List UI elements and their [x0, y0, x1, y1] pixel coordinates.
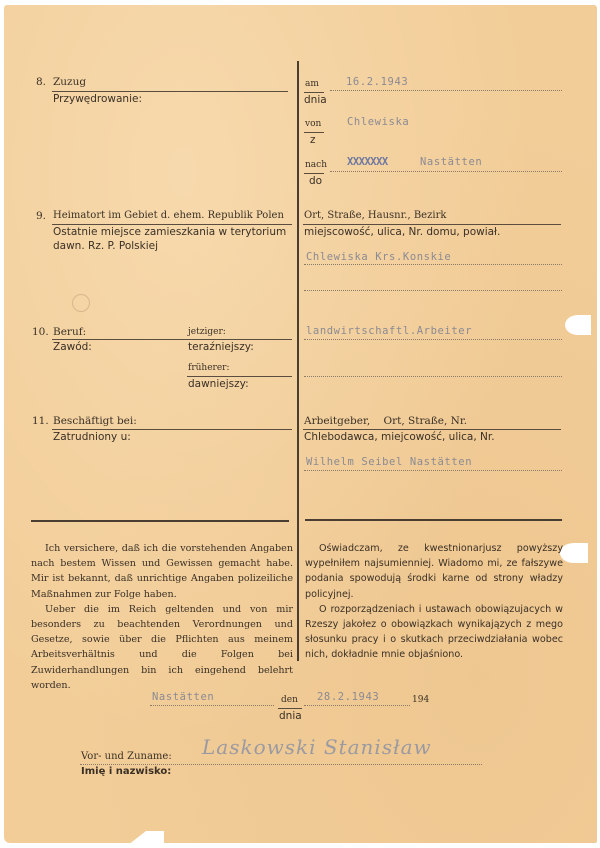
- struck-out-text: XXXXXXX: [347, 156, 388, 168]
- arrival-date-value: 16.2.1943: [346, 76, 408, 88]
- rule: [52, 339, 292, 340]
- to-label-de: nach: [305, 160, 327, 170]
- rule: [187, 376, 292, 377]
- from-label-de: von: [305, 119, 321, 129]
- section-10-number: 10.: [32, 326, 49, 338]
- declaration-german: Ich versichere, daß ich die vorstehenden…: [31, 541, 293, 693]
- rule: [304, 92, 324, 93]
- full-name-label-de: Vor- und Zuname:: [81, 751, 172, 762]
- signing-place-line: [150, 705, 274, 706]
- employer-label-de: Arbeitgeber, Ort, Straße, Nr.: [304, 415, 467, 427]
- punch-hole: [560, 543, 588, 563]
- to-label-pl: do: [309, 175, 322, 187]
- current-occupation-line: [304, 339, 562, 340]
- section-10-label-de: Beruf:: [53, 326, 86, 338]
- handwritten-signature: Laskowski Stanisław: [202, 735, 432, 759]
- section-11-number: 11.: [32, 415, 49, 427]
- column-divider: [297, 61, 299, 661]
- former-occupation-label-pl: dawniejszy:: [188, 378, 249, 390]
- declaration-pl-paragraph-1: Oświadczam, ze kwestnionarjusz powyższy …: [305, 541, 563, 602]
- address-field-line: [304, 264, 562, 265]
- address-field-line-2: [304, 290, 562, 291]
- rule: [304, 132, 324, 133]
- section-11-label-de: Beschäftigt bei:: [53, 415, 137, 427]
- signing-date-line: [304, 705, 410, 706]
- current-occupation-label-pl: teraźniejszy:: [188, 341, 254, 353]
- section-9-number: 9.: [36, 210, 46, 222]
- rule: [52, 429, 292, 430]
- year-prefix: 194: [412, 695, 429, 705]
- section-9-label-de: Heimatort im Gebiet d. ehem. Republik Po…: [53, 210, 284, 221]
- date-label-pl: dnia: [304, 94, 327, 106]
- section-8-label-de: Zuzug: [53, 76, 86, 88]
- section-9-label-pl-2: dawn. Rz. P. Polskiej: [53, 240, 158, 252]
- date-field-line: [330, 90, 562, 91]
- declaration-separator-left: [31, 520, 289, 522]
- section-8-number: 8.: [36, 76, 46, 88]
- rule: [304, 173, 324, 174]
- signing-date-value: 28.2.1943: [317, 691, 379, 703]
- signing-date-label-de: den: [281, 695, 298, 705]
- former-occupation-line: [304, 376, 562, 377]
- address-label-pl: miejscowość, ulica, Nr. domu, powiał.: [304, 226, 500, 238]
- signing-date-label-pl: dnia: [279, 710, 302, 722]
- document-page: 8. Zuzug Przywędrowanie: am dnia 16.2.19…: [4, 5, 597, 843]
- rule: [52, 224, 292, 225]
- home-address-value: Chlewiska Krs.Konskie: [306, 251, 451, 263]
- signing-place-value: Nastätten: [152, 691, 214, 703]
- declaration-polish: Oświadczam, ze kwestnionarjusz powyższy …: [305, 541, 563, 663]
- current-occupation-label-de: jetziger:: [188, 327, 226, 337]
- rule: [303, 224, 561, 225]
- employer-label-pl: Chlebodawca, miejcowość, ulica, Nr.: [304, 431, 495, 443]
- to-field-line: [330, 171, 562, 172]
- from-value: Chlewiska: [347, 116, 409, 128]
- declaration-de-paragraph-1: Ich versichere, daß ich die vorstehenden…: [31, 541, 293, 602]
- employer-field-line: [304, 470, 562, 471]
- address-label-de: Ort, Straße, Hausnr., Bezirk: [304, 210, 446, 221]
- punch-hole: [565, 315, 591, 335]
- former-occupation-label-de: früherer:: [188, 363, 230, 373]
- to-value: Nastätten: [420, 156, 482, 168]
- declaration-separator-right: [305, 519, 562, 521]
- rule: [303, 429, 561, 430]
- declaration-de-paragraph-2: Ueber die im Reich geltenden und von mir…: [31, 602, 293, 693]
- torn-corner: [74, 831, 164, 845]
- date-label-de: am: [305, 79, 319, 89]
- section-11-label-pl: Zatrudniony u:: [53, 431, 131, 443]
- section-8-label-pl: Przywędrowanie:: [53, 93, 142, 105]
- section-9-label-pl-1: Ostatnie miejsce zamieszkania w terytori…: [53, 226, 286, 238]
- section-10-label-pl: Zawód:: [53, 341, 92, 353]
- from-label-pl: z: [310, 134, 316, 146]
- paper-smudge: [72, 294, 90, 312]
- employer-value: Wilhelm Seibel Nastätten: [306, 456, 472, 468]
- declaration-pl-paragraph-2: O rozporządzeniach i ustawach obowiązuja…: [305, 602, 563, 663]
- rule: [278, 708, 302, 709]
- rule: [52, 91, 288, 92]
- current-occupation-value: landwirtschaftl.Arbeiter: [306, 325, 472, 337]
- full-name-line: [80, 764, 482, 765]
- full-name-label-pl: Imię i nazwisko:: [81, 766, 171, 777]
